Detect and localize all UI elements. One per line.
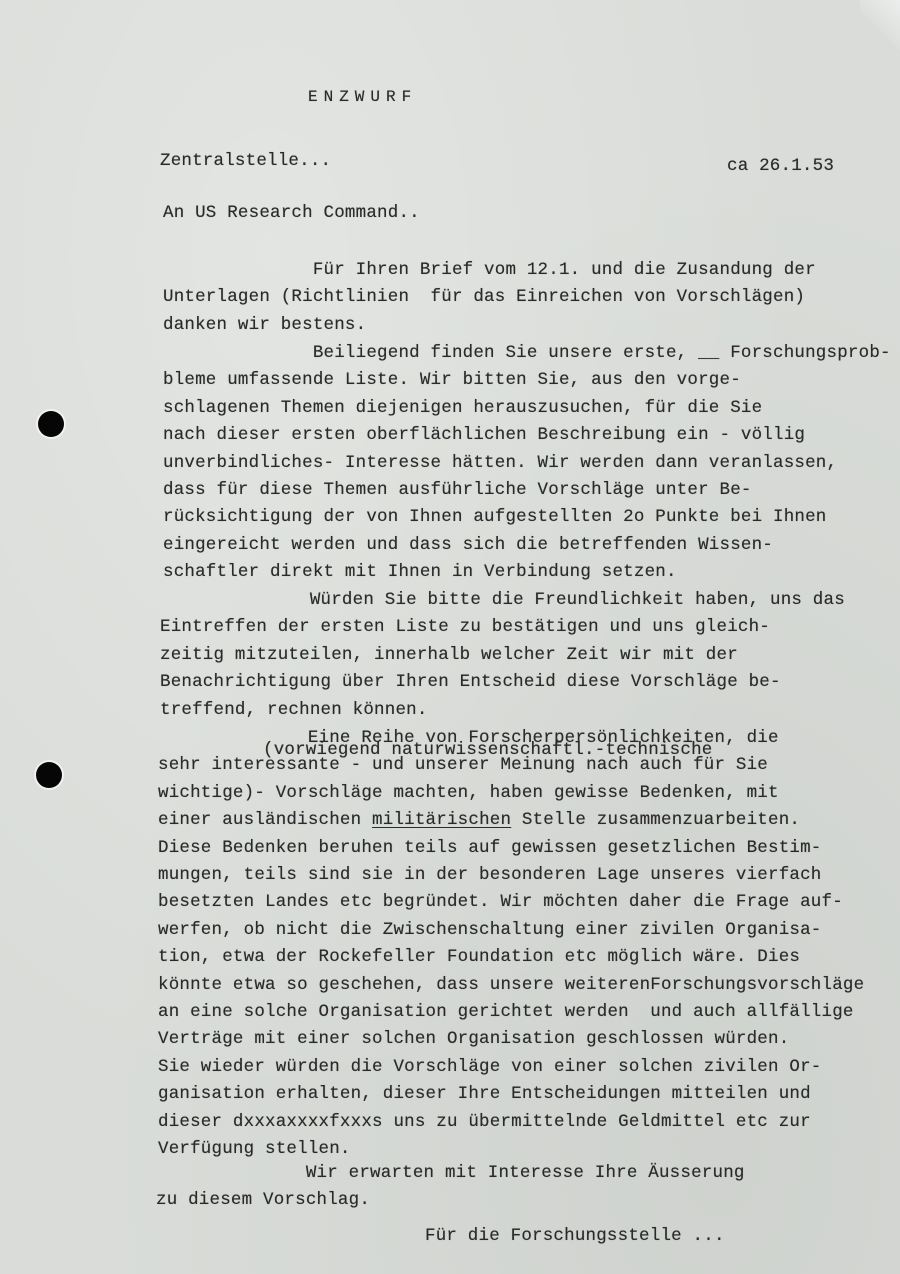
body-line: Verträge mit einer solchen Organisation …	[158, 1029, 789, 1049]
body-line: werfen, ob nicht die Zwischenschaltung e…	[158, 920, 822, 940]
body-line: eingereicht werden und dass sich die bet…	[163, 535, 773, 555]
body-line: nach dieser ersten oberflächlichen Besch…	[163, 425, 805, 445]
date-line: ca 26.1.53	[727, 156, 834, 176]
body-line: zu diesem Vorschlag.	[156, 1190, 370, 1210]
body-line: tion, etwa der Rockefeller Foundation et…	[158, 947, 800, 967]
body-line: Benachrichtigung über Ihren Entscheid di…	[160, 672, 781, 692]
closing-line: Für die Forschungsstelle ...	[425, 1226, 725, 1246]
body-line: danken wir bestens.	[163, 315, 366, 335]
body-line: besetzten Landes etc begründet. Wir möch…	[158, 892, 843, 912]
body-line: bleme umfassende Liste. Wir bitten Sie, …	[163, 370, 741, 390]
paper-page: ENZWURF Zentralstelle... ca 26.1.53 An U…	[0, 0, 900, 1274]
body-line: Eintreffen der ersten Liste zu bestätige…	[160, 617, 770, 637]
body-line: einer ausländischen militärischen Stelle…	[158, 810, 800, 830]
body-line: unverbindliches- Interesse hätten. Wir w…	[163, 453, 837, 473]
body-line: Verfügung stellen.	[158, 1139, 351, 1159]
underlined-word: militärischen	[372, 810, 511, 830]
punch-hole-top	[38, 411, 64, 437]
body-line: dass für diese Themen ausführliche Vorsc…	[163, 480, 752, 500]
body-line: Wir erwarten mit Interesse Ihre Äusserun…	[156, 1163, 745, 1183]
punch-hole-bottom	[36, 762, 62, 788]
sender-line: Zentralstelle...	[160, 151, 331, 171]
body-line: ganisation erhalten, dieser Ihre Entsche…	[158, 1084, 811, 1104]
document-title: ENZWURF	[308, 88, 417, 106]
body-line: mungen, teils sind sie in der besonderen…	[158, 865, 822, 885]
body-line: dieser dxxxaxxxxfxxxs uns zu übermitteln…	[158, 1112, 811, 1132]
body-line: Unterlagen (Richtlinien für das Einreich…	[163, 287, 805, 307]
body-line: Sie wieder würden die Vorschläge von ein…	[158, 1057, 822, 1077]
body-line: Beiliegend finden Sie unsere erste, __ F…	[163, 343, 891, 363]
body-line: Diese Bedenken beruhen teils auf gewisse…	[158, 838, 822, 858]
body-line: zeitig mitzuteilen, innerhalb welcher Ze…	[160, 645, 738, 665]
body-line: schlagenen Themen diejenigen herauszusuc…	[163, 398, 762, 418]
body-line: rücksichtigung der von Ihnen aufgestellt…	[163, 507, 827, 527]
body-line: wichtige)- Vorschläge machten, haben gew…	[158, 783, 779, 803]
body-line: könnte etwa so geschehen, dass unsere we…	[158, 975, 864, 995]
body-line: Würden Sie bitte die Freundlichkeit habe…	[160, 590, 845, 610]
recipient-line: An US Research Command..	[163, 203, 420, 223]
body-line: treffend, rechnen können.	[160, 700, 428, 720]
body-line: schaftler direkt mit Ihnen in Verbindung…	[163, 562, 677, 582]
overtyped-insert: (vorwiegend naturwissenschaftl.-technisc…	[263, 740, 712, 760]
page-corner-fold	[860, 0, 900, 60]
body-line: an eine solche Organisation gerichtet we…	[158, 1002, 854, 1022]
body-line: Für Ihren Brief vom 12.1. und die Zusand…	[163, 260, 816, 280]
